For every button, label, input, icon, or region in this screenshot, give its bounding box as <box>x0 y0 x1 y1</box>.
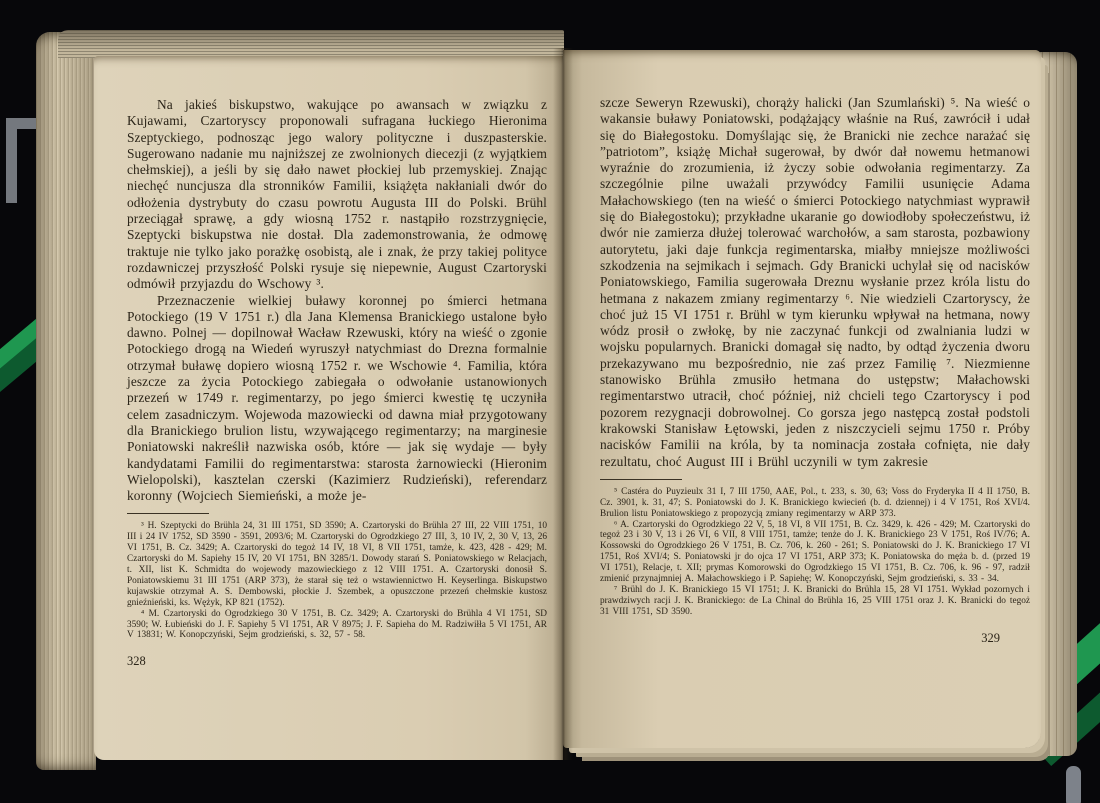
footnote: ⁷ Brühl do J. K. Branickiego 15 VI 1751;… <box>600 585 1030 618</box>
footnote-separator <box>600 479 682 480</box>
footnote: ³ H. Szeptycki do Brühla 24, 31 III 1751… <box>127 521 547 608</box>
footnote: ⁶ A. Czartoryski do Ogrodzkiego 22 V, 5,… <box>600 520 1030 585</box>
desktop-background: Na jakieś biskupstwo, wakujące po awansa… <box>0 0 1100 803</box>
open-book: Na jakieś biskupstwo, wakujące po awansa… <box>36 30 1078 777</box>
right-page-footnotes: ⁵ Castéra do Puyzieulx 31 I, 7 III 1750,… <box>600 487 1030 618</box>
book-left-page-edges <box>36 32 96 770</box>
paragraph: Przeznaczenie wielkiej buławy koronnej p… <box>127 293 547 505</box>
left-page-body-text: Na jakieś biskupstwo, wakujące po awansa… <box>127 97 547 504</box>
footnote: ⁴ M. Czartoryski do Ogrodzkiego 30 V 175… <box>127 609 547 642</box>
right-page: szcze Seweryn Rzewuski), chorąży halicki… <box>563 50 1041 748</box>
right-page-body-text: szcze Seweryn Rzewuski), chorąży halicki… <box>600 95 1030 470</box>
page-number-left: 328 <box>127 654 547 669</box>
page-number-right: 329 <box>600 631 1030 646</box>
book-top-page-edges <box>58 30 564 58</box>
paragraph: Na jakieś biskupstwo, wakujące po awansa… <box>127 97 547 293</box>
footnote-separator <box>127 513 209 514</box>
left-page: Na jakieś biskupstwo, wakujące po awansa… <box>94 56 563 760</box>
footnote: ⁵ Castéra do Puyzieulx 31 I, 7 III 1750,… <box>600 487 1030 520</box>
paragraph: szcze Seweryn Rzewuski), chorąży halicki… <box>600 95 1030 470</box>
book-right-page-edges <box>1039 52 1077 756</box>
left-page-footnotes: ³ H. Szeptycki do Brühla 24, 31 III 1751… <box>127 521 547 641</box>
